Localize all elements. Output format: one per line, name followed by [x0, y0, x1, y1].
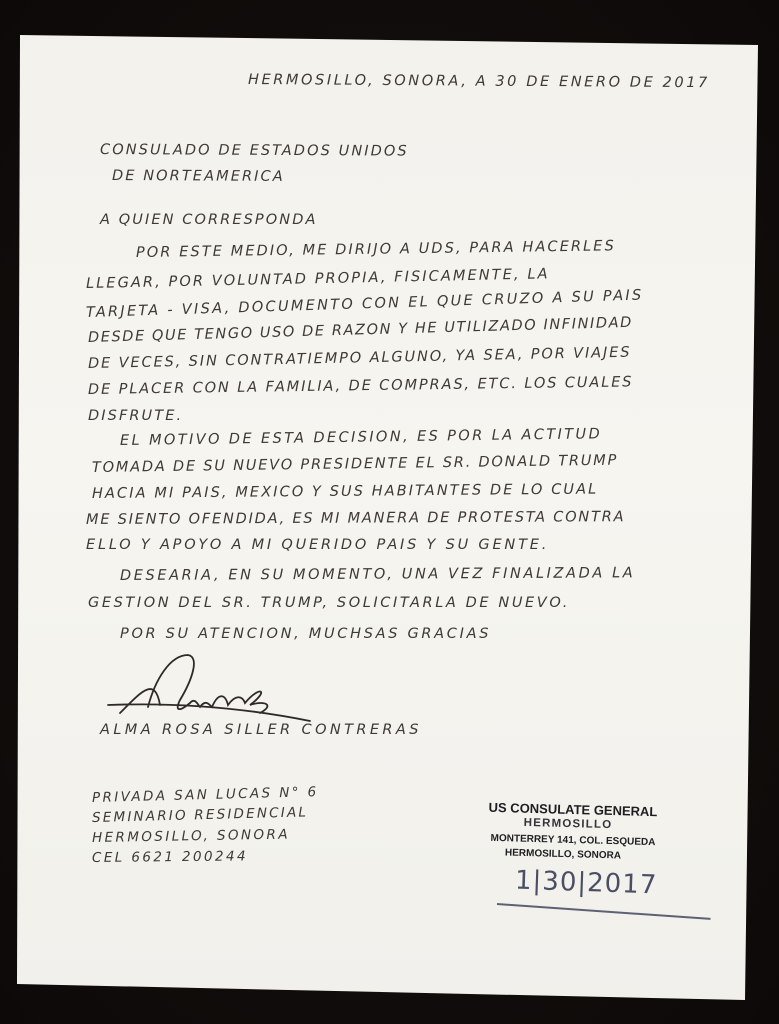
body-line: disfrute.	[88, 408, 183, 424]
body-line: Desearia, en su momento, una vez finaliz…	[120, 565, 635, 584]
signature-name: Alma Rosa Siller Contreras	[100, 722, 422, 738]
body-line: gestion del Sr. Trump, solicitarla de nu…	[88, 595, 570, 611]
date-line: Hermosillo, Sonora, a 30 de Enero de 201…	[248, 72, 710, 91]
body-line: ello y apoyo a mi querido pais y su gent…	[86, 537, 549, 553]
body-line: Por su atencion, muchsas gracias	[120, 626, 491, 642]
stamp-received-date: 1|30|2017	[515, 866, 658, 901]
body-line: me siento ofendida, es mi manera de prot…	[86, 509, 625, 528]
recipient-line-2: de Norteamerica	[112, 168, 285, 185]
salutation: A quien corresponda	[100, 212, 318, 228]
address-line: Cel 6621 200244	[92, 848, 248, 866]
recipient-line-1: Consulado de Estados Unidos	[100, 142, 409, 160]
photo-background: Hermosillo, Sonora, a 30 de Enero de 201…	[0, 0, 779, 1024]
